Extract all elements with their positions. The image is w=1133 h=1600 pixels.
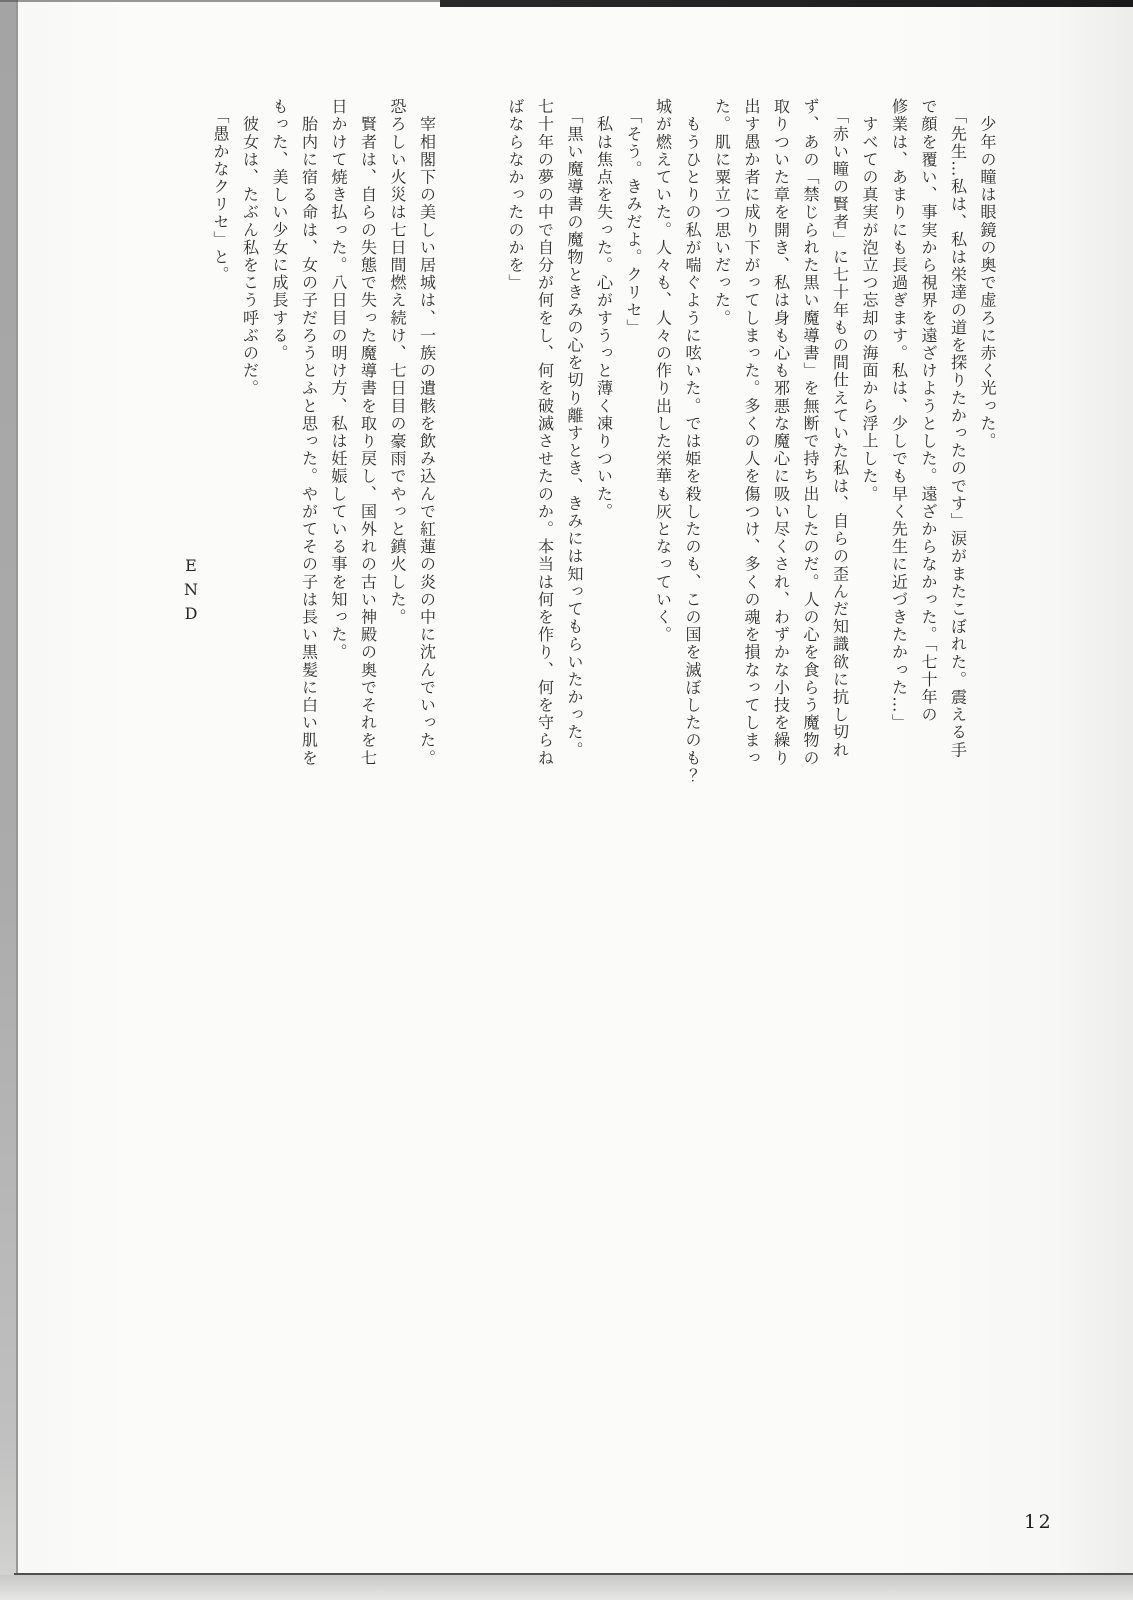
text-column: ばならなかったのかを」 [501, 98, 531, 798]
scan-edge-top-dark [440, 0, 1133, 7]
scan-shading [1053, 0, 1133, 1575]
scanner-edge-left [0, 0, 18, 1600]
text-columns: 少年の瞳は眼鏡の奥で虚ろに赤く光った。 「先生…私は、私は栄達の道を探りたかった… [176, 98, 1002, 798]
text-column: 恐ろしい火災は七日間燃え続け、七日目の豪雨でやっと鎮火した。 [383, 98, 413, 798]
text-column: 城が燃えていた。人々も、人々の作り出した栄華も灰となっていく。 [648, 98, 678, 798]
text-column: 日かけて焼き払った。八日目の明け方、私は妊娠している事を知った。 [324, 98, 354, 798]
text-column: 「先生…私は、私は栄達の道を探りたかったのです」涙がまたこぼれた。震える手 [943, 98, 973, 798]
text-column: 胎内に宿る命は、女の子だろうとふと思った。やがてその子は長い黒髪に白い肌を [294, 98, 324, 798]
end-marker: END [176, 98, 206, 798]
text-column: 「黒い魔導書の魔物ときみの心を切り離すとき、きみには知ってもらいたかった。 [560, 98, 590, 798]
blank-column [471, 98, 501, 108]
text-column: 「そう。きみだよ。クリセ」 [619, 98, 649, 798]
text-column: 修業は、あまりにも長過ぎます。私は、少しでも早く先生に近づきたかった…」 [884, 98, 914, 798]
page-number: 12 [1024, 1511, 1053, 1533]
text-column: 彼女は、たぶん私をこう呼ぶのだ。 [235, 98, 265, 798]
text-column: 取りついた章を開き、私は身も心も邪悪な魔心に吸い尽くされ、わずかな小技を繰り [766, 98, 796, 798]
text-column: すべての真実が泡立つ忘却の海面から浮上した。 [855, 98, 885, 798]
text-column: ず、あの「禁じられた黒い魔導書」を無断で持ち出したのだ。人の心を食らう魔物の [796, 98, 826, 798]
text-column: 「赤い瞳の賢者」に七十年もの間仕えていた私は、自らの歪んだ知識欲に抗し切れ [825, 98, 855, 798]
text-column: 出す愚か者に成り下がってしまった。多くの人を傷つけ、多くの魂を損なってしまっ [737, 98, 767, 798]
text-column: 宰相閣下の美しい居城は、一族の遺骸を飲み込んで紅蓮の炎の中に沈んでいった。 [412, 98, 442, 798]
text-column: 賢者は、自らの失態で失った魔導書を取り戻し、国外れの古い神殿の奥でそれを七 [353, 98, 383, 798]
text-column: もうひとりの私が喘ぐように呟いた。では姫を殺したのも、この国を滅ぼしたのも？ [678, 98, 708, 798]
text-column: た。肌に粟立つ思いだった。 [707, 98, 737, 798]
blank-column [442, 98, 472, 108]
text-column: 「愚かなクリセ」と。 [206, 98, 236, 798]
text-column: 少年の瞳は眼鏡の奥で虚ろに赤く光った。 [973, 98, 1003, 798]
scanned-document-page: 少年の瞳は眼鏡の奥で虚ろに赤く光った。 「先生…私は、私は栄達の道を探りたかった… [0, 0, 1133, 1600]
text-column: で顔を覆い、事実から視界を遠ざけようとした。遠ざからなかった。「七十年の [914, 98, 944, 798]
paper-page: 少年の瞳は眼鏡の奥で虚ろに赤く光った。 「先生…私は、私は栄達の道を探りたかった… [0, 0, 1133, 1600]
scanner-edge-bottom [0, 1575, 1133, 1600]
text-column: 七十年の夢の中で自分が何をし、何を破滅させたのか。本当は何を作り、何を守らね [530, 98, 560, 798]
text-column: 私は焦点を失った。心がすうっと薄く凍りついた。 [589, 98, 619, 798]
text-column: もった、美しい少女に成長する。 [265, 98, 295, 798]
